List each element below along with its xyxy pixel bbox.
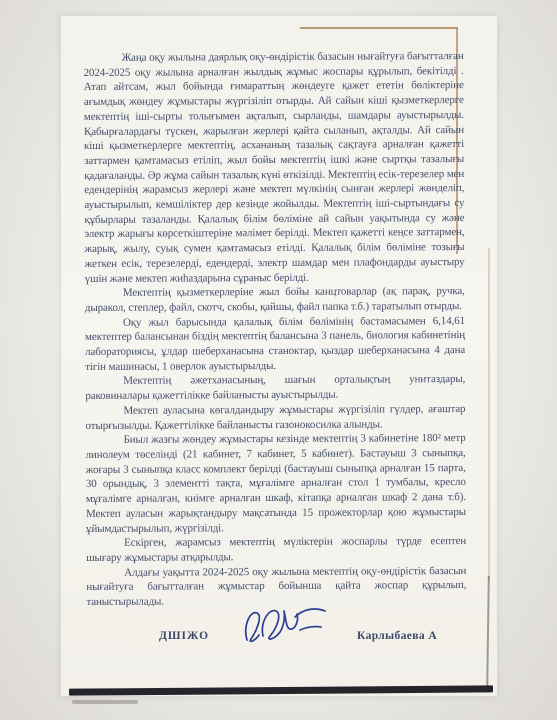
signature-block: ДШІЖО Карлыбаева А xyxy=(61,614,497,684)
paragraph-1: Жаңа оқу жылына даярлық оқу-өндірістік б… xyxy=(84,49,465,286)
document-page: Жаңа оқу жылына даярлық оқу-өндірістік б… xyxy=(61,16,497,696)
position-abbreviation: ДШІЖО xyxy=(159,630,209,642)
page-edge-top-line xyxy=(300,27,458,29)
paragraph-3: Оқу жыл барысында қалалық білім бөліміні… xyxy=(85,314,465,375)
page-edge-right-line-lower xyxy=(488,248,490,580)
paragraph-7: Ескірген, жарамсыз мектептің мүліктерін … xyxy=(86,534,466,565)
paragraph-5: Мектеп ауласына көгалдандыру жұмыстары ж… xyxy=(85,402,465,433)
paragraph-2: Мектептің қызметкерлеріне жыл бойы канцт… xyxy=(85,284,465,315)
scan-smudge xyxy=(72,700,138,704)
document-body: Жаңа оқу жылына даярлық оқу-өндірістік б… xyxy=(84,49,467,610)
paragraph-4: Мектептің әжетханасының, шағын орталықты… xyxy=(85,372,465,403)
page-bottom-edge xyxy=(69,685,493,695)
scanned-document: Жаңа оқу жылына даярлық оқу-өндірістік б… xyxy=(0,0,557,720)
signatory-name: Карлыбаева А xyxy=(357,630,437,642)
paragraph-6: Биыл жазғы жөндеу жұмыстары кезінде мект… xyxy=(86,431,467,536)
signature-icon xyxy=(237,600,333,658)
